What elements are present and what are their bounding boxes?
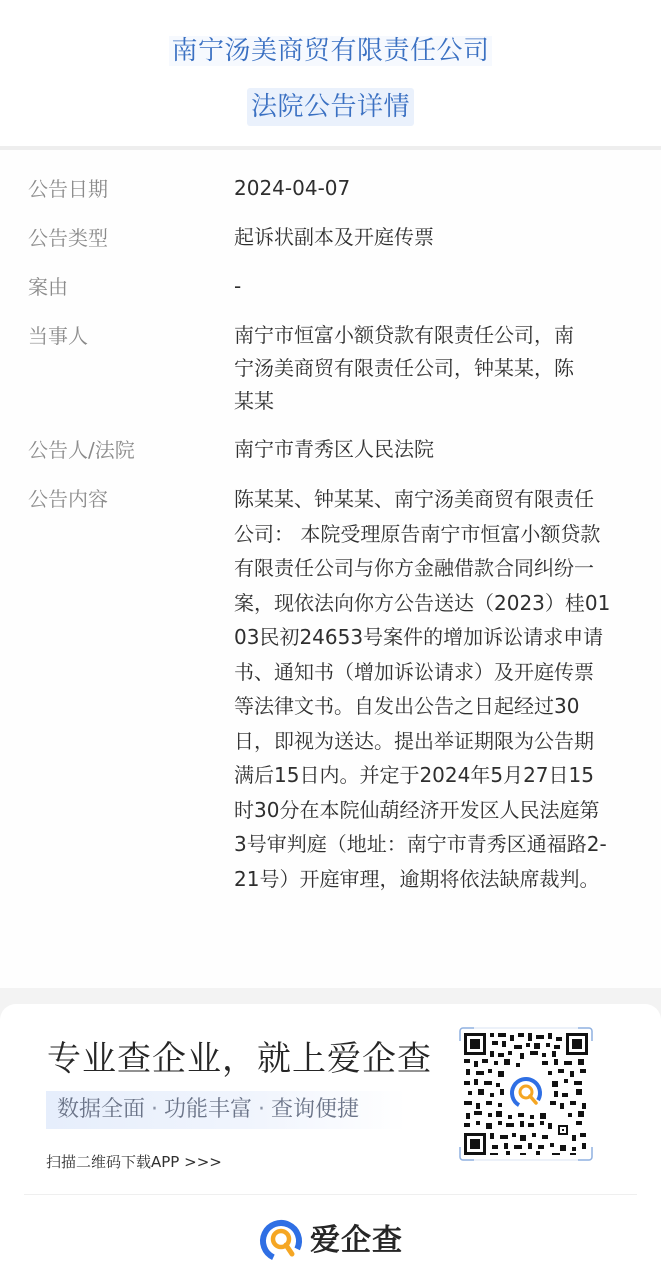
detail-row-cause: 案由 -: [0, 270, 661, 304]
detail-value: 2024-04-07: [234, 172, 612, 205]
detail-value: 南宁市恒富小额贷款有限责任公司，南宁汤美商贸有限责任公司，钟某某，陈某某: [234, 319, 584, 418]
company-name-title: 南宁汤美商贸有限责任公司: [0, 31, 661, 71]
promo-card: 专业查企业，就上爱企查 数据全面·功能丰富·查询便捷 扫描二维码下载APP >>…: [0, 1004, 661, 1280]
scan-download-link[interactable]: 扫描二维码下载APP >>>: [46, 1150, 222, 1174]
promo-title: 专业查企业，就上爱企查: [47, 1034, 432, 1084]
detail-row-court: 公告人/法院 南宁市青秀区人民法院: [0, 433, 661, 467]
detail-value: -: [234, 270, 612, 303]
section-separator: [0, 988, 661, 1004]
notice-details: 公告日期 2024-04-07 公告类型 起诉状副本及开庭传票 案由 - 当事人…: [0, 150, 661, 988]
detail-label: 公告人/法院: [0, 433, 234, 467]
detail-row-date: 公告日期 2024-04-07: [0, 172, 661, 206]
page-header: 南宁汤美商贸有限责任公司 法院公告详情: [0, 0, 661, 146]
feature-item: 功能丰富: [164, 1097, 252, 1122]
brand-logo: 爱企查: [0, 1218, 661, 1264]
detail-value: 起诉状副本及开庭传票: [234, 221, 612, 254]
detail-label: 当事人: [0, 319, 234, 353]
company-name: 南宁汤美商贸有限责任公司: [169, 36, 491, 66]
feature-separator: ·: [145, 1097, 164, 1122]
detail-row-parties: 当事人 南宁市恒富小额贷款有限责任公司，南宁汤美商贸有限责任公司，钟某某，陈某某: [0, 319, 661, 418]
page-title: 法院公告详情: [247, 88, 414, 126]
detail-row-content: 公告内容 陈某某、钟某某、南宁汤美商贸有限责任公司： 本院受理原告南宁市恒富小额…: [0, 482, 661, 896]
feature-item: 数据全面: [57, 1097, 145, 1122]
footer-divider: [24, 1194, 637, 1195]
brand-name: 爱企查: [310, 1221, 403, 1261]
detail-row-type: 公告类型 起诉状副本及开庭传票: [0, 221, 661, 255]
detail-label: 案由: [0, 270, 234, 304]
detail-label: 公告日期: [0, 172, 234, 206]
detail-value: 南宁市青秀区人民法院: [234, 433, 612, 466]
feature-item: 查询便捷: [271, 1097, 359, 1122]
promo-features: 数据全面·功能丰富·查询便捷: [46, 1091, 406, 1129]
qr-code-icon[interactable]: [458, 1027, 594, 1161]
promo-footer: 专业查企业，就上爱企查 数据全面·功能丰富·查询便捷 扫描二维码下载APP >>…: [0, 1004, 661, 1280]
detail-label: 公告内容: [0, 482, 234, 516]
aiqicha-logo-icon: [258, 1218, 304, 1264]
feature-separator: ·: [252, 1097, 271, 1122]
detail-label: 公告类型: [0, 221, 234, 255]
detail-value: 陈某某、钟某某、南宁汤美商贸有限责任公司： 本院受理原告南宁市恒富小额贷款有限责…: [234, 482, 612, 896]
